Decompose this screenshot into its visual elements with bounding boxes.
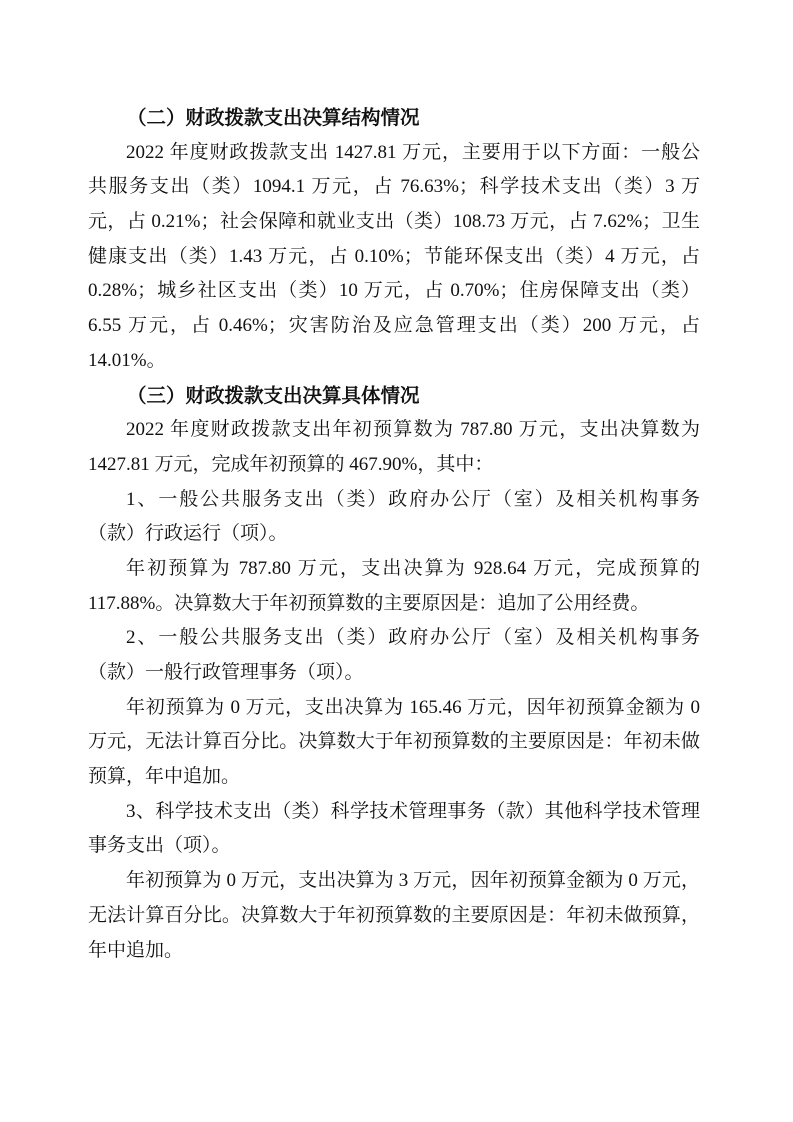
text-line: 117.88%。决算数大于年初预算数的主要原因是：追加了公用经费。 (88, 587, 700, 622)
text-line: （款）行政运行（项）。 (88, 517, 700, 552)
text-line: 万元，无法计算百分比。决算数大于年初预算数的主要原因是：年初未做 (88, 725, 700, 760)
text-line: 1、一般公共服务支出（类）政府办公厅（室）及相关机构事务 (88, 483, 700, 518)
paragraph: 2022 年度财政拨款支出 1427.81 万元，主要用于以下方面：一般公 共服… (88, 136, 700, 379)
paragraph: 2022 年度财政拨款支出年初预算数为 787.80 万元，支出决算数为 142… (88, 413, 700, 482)
paragraph: 3、科学技术支出（类）科学技术管理事务（款）其他科学技术管理 事务支出（项）。 (88, 795, 700, 864)
text-line: 预算，年中追加。 (88, 760, 700, 795)
text-line: 事务支出（项）。 (88, 829, 700, 864)
text-line: 元，占 0.21%；社会保障和就业支出（类）108.73 万元，占 7.62%；… (88, 205, 700, 240)
text-line: 0.28%；城乡社区支出（类）10 万元，占 0.70%；住房保障支出（类） (88, 274, 700, 309)
text-line: 2022 年度财政拨款支出 1427.81 万元，主要用于以下方面：一般公 (88, 136, 700, 171)
text-line: 2022 年度财政拨款支出年初预算数为 787.80 万元，支出决算数为 (88, 413, 700, 448)
text-line: 14.01%。 (88, 344, 700, 379)
paragraph: 1、一般公共服务支出（类）政府办公厅（室）及相关机构事务 （款）行政运行（项）。 (88, 483, 700, 552)
text-line: 健康支出（类）1.43 万元，占 0.10%；节能环保支出（类）4 万元，占 (88, 240, 700, 275)
text-line: 无法计算百分比。决算数大于年初预算数的主要原因是：年初未做预算， (88, 899, 700, 934)
text-line: 年中追加。 (88, 934, 700, 969)
paragraph: 年初预算为 787.80 万元，支出决算为 928.64 万元，完成预算的 11… (88, 552, 700, 621)
text-line: 共服务支出（类）1094.1 万元，占 76.63%；科学技术支出（类）3 万 (88, 170, 700, 205)
paragraph: 年初预算为 0 万元，支出决算为 165.46 万元，因年初预算金额为 0 万元… (88, 691, 700, 795)
text-line: 年初预算为 0 万元，支出决算为 3 万元，因年初预算金额为 0 万元， (88, 864, 700, 899)
document-page: （二）财政拨款支出决算结构情况 2022 年度财政拨款支出 1427.81 万元… (0, 0, 793, 1122)
text-column: （二）财政拨款支出决算结构情况 2022 年度财政拨款支出 1427.81 万元… (88, 101, 700, 968)
section-3-heading: （三）财政拨款支出决算具体情况 (88, 379, 700, 414)
text-line: （款）一般行政管理事务（项）。 (88, 656, 700, 691)
section-expenditure-structure: （二）财政拨款支出决算结构情况 2022 年度财政拨款支出 1427.81 万元… (88, 101, 700, 379)
text-line: 1427.81 万元，完成年初预算的 467.90%，其中： (88, 448, 700, 483)
text-line: 2、一般公共服务支出（类）政府办公厅（室）及相关机构事务 (88, 621, 700, 656)
section-expenditure-details: （三）财政拨款支出决算具体情况 2022 年度财政拨款支出年初预算数为 787.… (88, 379, 700, 969)
text-line: 年初预算为 787.80 万元，支出决算为 928.64 万元，完成预算的 (88, 552, 700, 587)
text-line: 3、科学技术支出（类）科学技术管理事务（款）其他科学技术管理 (88, 795, 700, 830)
text-line: 年初预算为 0 万元，支出决算为 165.46 万元，因年初预算金额为 0 (88, 691, 700, 726)
paragraph: 年初预算为 0 万元，支出决算为 3 万元，因年初预算金额为 0 万元， 无法计… (88, 864, 700, 968)
section-2-heading: （二）财政拨款支出决算结构情况 (88, 101, 700, 136)
text-line: 6.55 万元，占 0.46%；灾害防治及应急管理支出（类）200 万元，占 (88, 309, 700, 344)
paragraph: 2、一般公共服务支出（类）政府办公厅（室）及相关机构事务 （款）一般行政管理事务… (88, 621, 700, 690)
